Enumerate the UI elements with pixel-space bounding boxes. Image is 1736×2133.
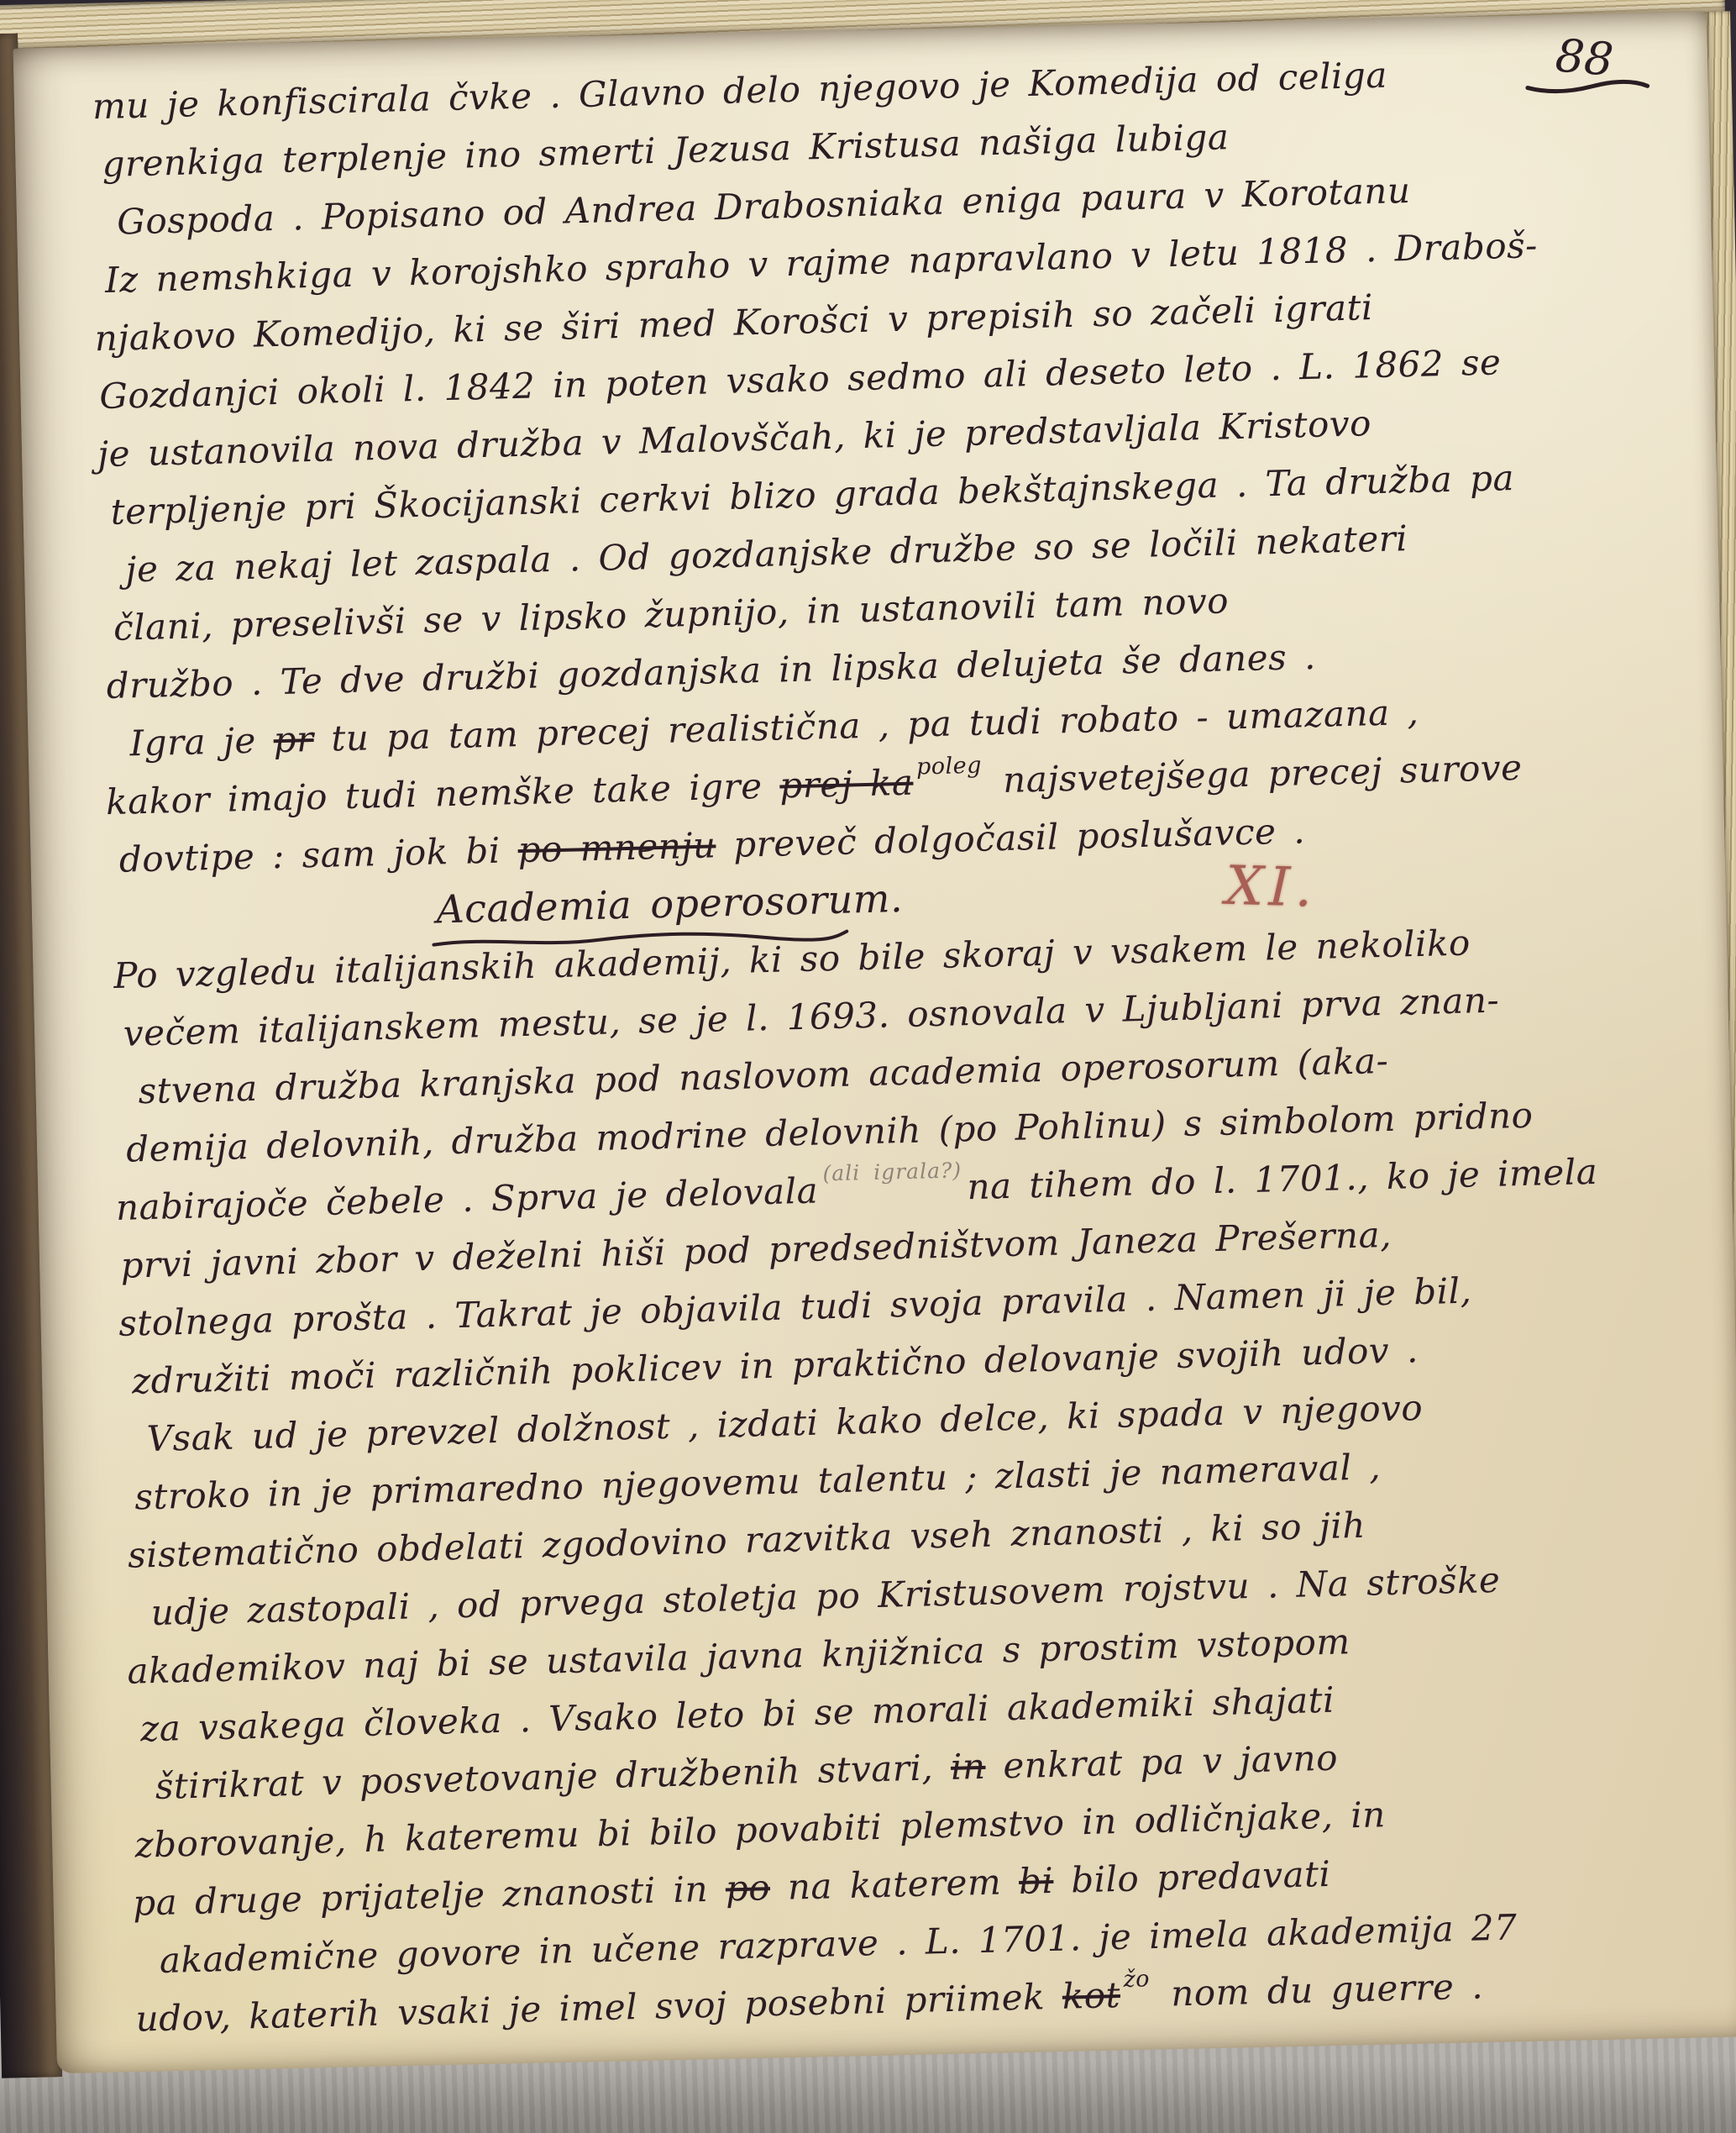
handwritten-segment: nabirajoče čebele . Sprva je delovala xyxy=(115,1170,818,1228)
manuscript-page: 88 mu je konfiscirala čvke . Glavno delo… xyxy=(13,12,1736,2073)
handwritten-segment-strike: po mnenju xyxy=(517,824,716,870)
paragraph-1: mu je konfiscirala čvke . Glavno delo nj… xyxy=(88,39,1702,889)
handwritten-segment-strike: bi xyxy=(1018,1860,1054,1902)
handwritten-segment: pa druge prijatelje znanosti in xyxy=(133,1868,726,1923)
handwritten-segment-sup: žo xyxy=(1123,1979,1149,1980)
handwritten-segment-strike: prej ka xyxy=(779,762,914,806)
handwritten-segment-strike: po xyxy=(725,1867,770,1909)
section-heading: Academia operosorum. xyxy=(436,875,904,933)
handwritten-segment: kakor imajo tudi nemške take igre xyxy=(106,765,780,823)
handwritten-segment: najsvetejšega precej surove xyxy=(985,747,1523,801)
handwritten-segment: štirikrat v posvetovanje družbenih stvar… xyxy=(155,1747,951,1807)
handwritten-segment: nom du guerre . xyxy=(1153,1965,1484,2015)
handwritten-segment-strike: pr xyxy=(273,718,314,760)
handwritten-segment-pencil: (ali igrala?) xyxy=(823,1170,962,1174)
heading-wrap: Academia operosorum. xyxy=(436,869,904,940)
handwritten-segment: preveč dolgočasil poslušavce . xyxy=(716,810,1306,865)
handwritten-segment: na katerem xyxy=(769,1861,1019,1908)
handwritten-segment: bilo predavati xyxy=(1053,1853,1331,1901)
handwritten-segment: dovtipe : sam jok bi xyxy=(118,829,518,880)
chapter-number-marker: XI. xyxy=(1225,858,1318,918)
handwritten-segment-sup: poleg xyxy=(916,766,982,768)
handwritten-segment: enkrat pa v javno xyxy=(985,1737,1339,1787)
handwritten-segment: na tihem do l. 1701., ko je imela xyxy=(967,1151,1598,1207)
paragraph-2: Po vzgledu italijanskih akademij, ki so … xyxy=(109,908,1730,2048)
handwritten-content: mu je konfiscirala čvke . Glavno delo nj… xyxy=(88,39,1731,2066)
handwritten-segment-strike: kot xyxy=(1062,1974,1120,2017)
handwritten-segment: Igra je xyxy=(129,719,274,764)
open-book: 88 mu je konfiscirala čvke . Glavno delo… xyxy=(0,0,1736,2053)
handwritten-segment-strike: in xyxy=(950,1746,986,1788)
